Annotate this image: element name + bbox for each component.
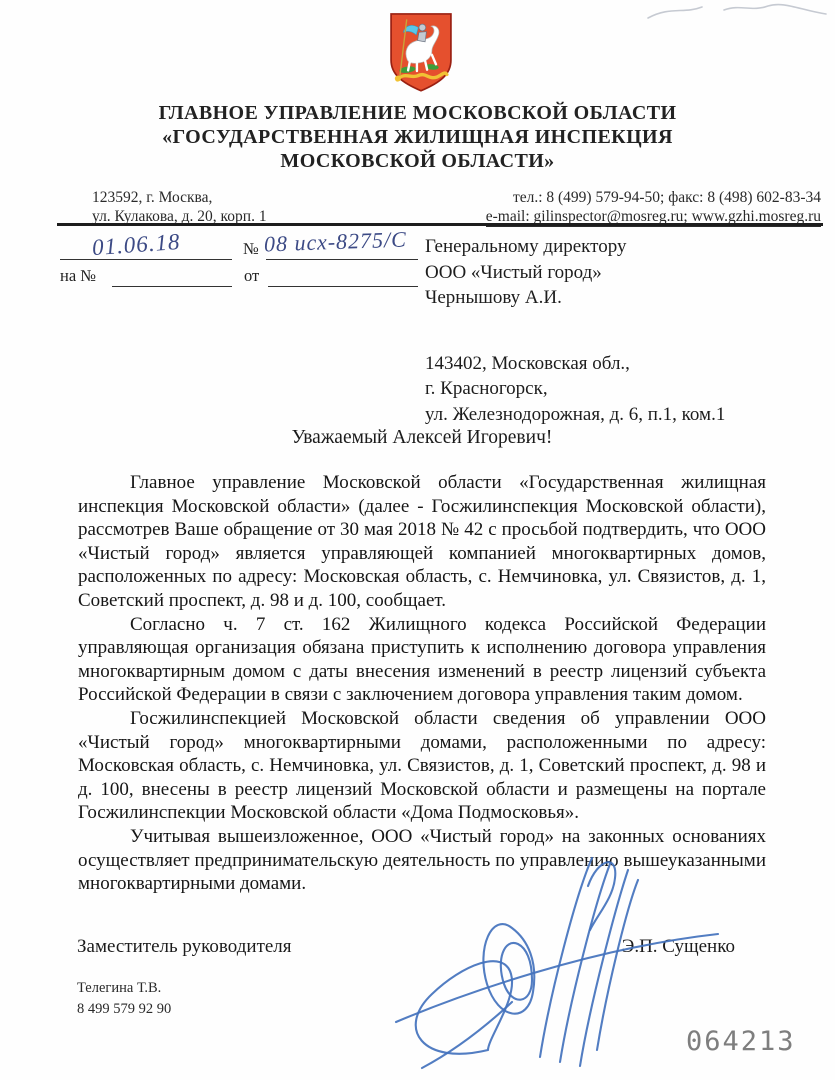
reply-from-date-label: от [244,266,259,286]
body-paragraph-3: Госжилинспекцией Московской области свед… [78,707,766,825]
handwritten-date: 01.06.18 [91,229,181,261]
addressee-position: Генеральному директору [425,234,725,260]
number-blank-line [266,259,418,260]
body-paragraph-2: Согласно ч. 7 ст. 162 Жилищного кодекса … [78,613,766,707]
org-contacts: тел.: 8 (499) 579-94-50; факс: 8 (498) 6… [381,188,821,226]
addressee-name: Чернышову А.И. [425,285,725,311]
salutation: Уважаемый Алексей Игоревич! [78,427,766,449]
org-title-line1: ГЛАВНОЕ УПРАВЛЕНИЕ МОСКОВСКОЙ ОБЛАСТИ [0,101,835,125]
executor-phone: 8 499 579 92 90 [77,999,171,1020]
reply-number-blank-line [112,286,232,287]
body-paragraph-1: Главное управление Московской области «Г… [78,471,766,613]
addressee-address-line1: 143402, Московская обл., [425,351,725,377]
scanned-letter-page: ГЛАВНОЕ УПРАВЛЕНИЕ МОСКОВСКОЙ ОБЛАСТИ «Г… [0,0,835,1080]
reply-to-number-label: на № [60,266,96,286]
signer-position: Заместитель руководителя [77,936,292,958]
date-blank-line [60,259,232,260]
handwritten-outgoing-number: 08 исх-8275/С [264,227,408,258]
number-sign-label: № [243,239,259,259]
org-address-line1: 123592, г. Москва, [92,188,267,207]
org-phone-fax: тел.: 8 (499) 579-94-50; факс: 8 (498) 6… [381,188,821,207]
addressee-company: ООО «Чистый город» [425,260,725,286]
org-title: ГЛАВНОЕ УПРАВЛЕНИЕ МОСКОВСКОЙ ОБЛАСТИ «Г… [0,101,835,173]
moscow-region-emblem-icon [387,10,455,94]
org-postal-address: 123592, г. Москва, ул. Кулакова, д. 20, … [92,188,267,226]
executor-block: Телегина Т.В. 8 499 579 92 90 [77,978,171,1020]
reply-date-blank-line [268,286,418,287]
faint-pen-mark [640,0,835,26]
handwritten-signature [392,852,722,1070]
org-title-line3: МОСКОВСКОЙ ОБЛАСТИ» [0,149,835,173]
org-title-line2: «ГОСУДАРСТВЕННАЯ ЖИЛИЩНАЯ ИНСПЕКЦИЯ [0,125,835,149]
addressee-block: Генеральному директору ООО «Чистый город… [425,234,725,427]
addressee-address-line2: г. Красногорск, [425,376,725,402]
letterhead-divider [57,223,823,226]
addressee-address-line3: ул. Железнодорожная, д. 6, п.1, ком.1 [425,402,725,428]
executor-name: Телегина Т.В. [77,978,171,999]
letter-body: Главное управление Московской области «Г… [78,471,766,896]
stamp-number: 064213 [686,1026,796,1057]
